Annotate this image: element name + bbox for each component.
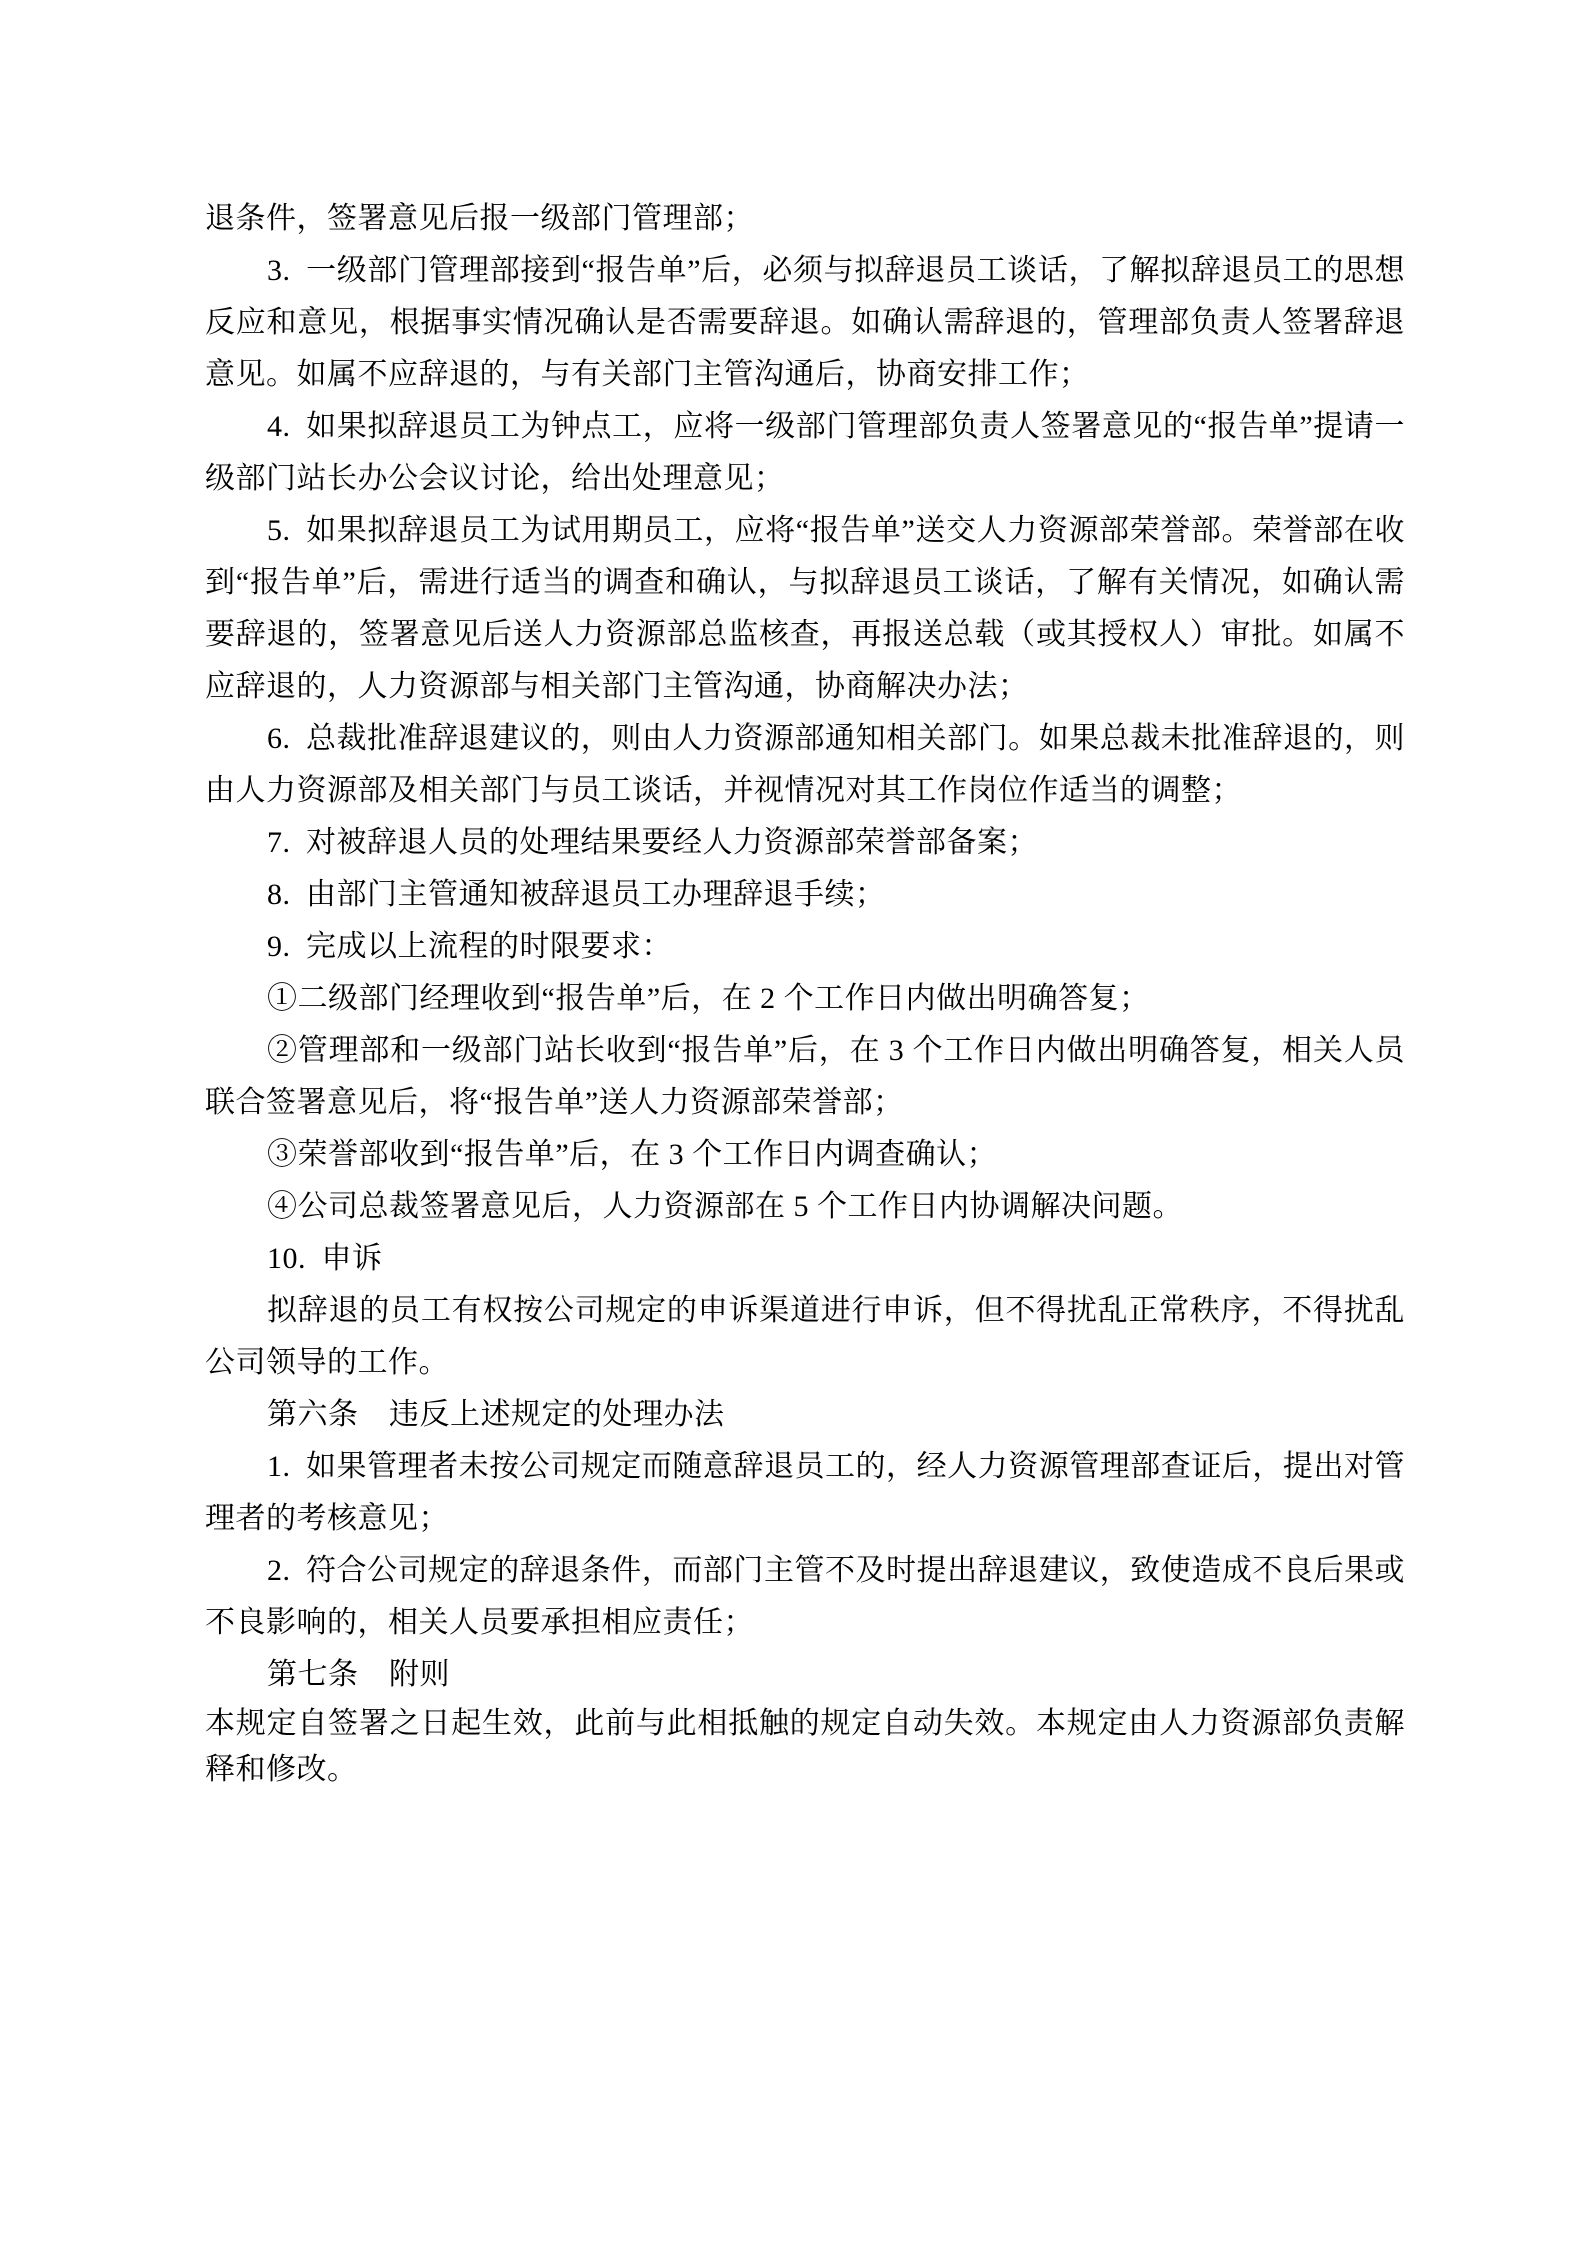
document-page: 退条件，签署意见后报一级部门管理部；3. 一级部门管理部接到“报告单”后，必须与… <box>0 0 1587 2245</box>
paragraph: 拟辞退的员工有权按公司规定的申诉渠道进行申诉，但不得扰乱正常秩序，不得扰乱公司领… <box>205 1285 1405 1389</box>
document-body: 退条件，签署意见后报一级部门管理部；3. 一级部门管理部接到“报告单”后，必须与… <box>205 193 1405 1793</box>
paragraph: ③荣誉部收到“报告单”后，在 3 个工作日内调查确认； <box>205 1129 1405 1181</box>
paragraph: 第六条 违反上述规定的处理办法 <box>205 1389 1405 1441</box>
paragraph: ②管理部和一级部门站长收到“报告单”后，在 3 个工作日内做出明确答复，相关人员… <box>205 1025 1405 1129</box>
paragraph: 7. 对被辞退人员的处理结果要经人力资源部荣誉部备案； <box>205 817 1405 869</box>
paragraph-list: 退条件，签署意见后报一级部门管理部；3. 一级部门管理部接到“报告单”后，必须与… <box>205 193 1405 1793</box>
paragraph: ④公司总裁签署意见后，人力资源部在 5 个工作日内协调解决问题。 <box>205 1181 1405 1233</box>
paragraph: 9. 完成以上流程的时限要求： <box>205 921 1405 973</box>
paragraph: 退条件，签署意见后报一级部门管理部； <box>205 193 1405 245</box>
paragraph: 10. 申诉 <box>205 1233 1405 1285</box>
paragraph: ①二级部门经理收到“报告单”后，在 2 个工作日内做出明确答复； <box>205 973 1405 1025</box>
paragraph: 本规定自签署之日起生效，此前与此相抵触的规定自动失效。本规定由人力资源部负责解释… <box>205 1701 1405 1793</box>
paragraph: 第七条 附则 <box>205 1649 1405 1701</box>
paragraph: 6. 总裁批准辞退建议的，则由人力资源部通知相关部门。如果总裁未批准辞退的，则由… <box>205 713 1405 817</box>
paragraph: 2. 符合公司规定的辞退条件，而部门主管不及时提出辞退建议，致使造成不良后果或不… <box>205 1545 1405 1649</box>
paragraph: 5. 如果拟辞退员工为试用期员工，应将“报告单”送交人力资源部荣誉部。荣誉部在收… <box>205 505 1405 713</box>
paragraph: 1. 如果管理者未按公司规定而随意辞退员工的，经人力资源管理部查证后，提出对管理… <box>205 1441 1405 1545</box>
paragraph: 3. 一级部门管理部接到“报告单”后，必须与拟辞退员工谈话，了解拟辞退员工的思想… <box>205 245 1405 401</box>
paragraph: 8. 由部门主管通知被辞退员工办理辞退手续； <box>205 869 1405 921</box>
paragraph: 4. 如果拟辞退员工为钟点工，应将一级部门管理部负责人签署意见的“报告单”提请一… <box>205 401 1405 505</box>
